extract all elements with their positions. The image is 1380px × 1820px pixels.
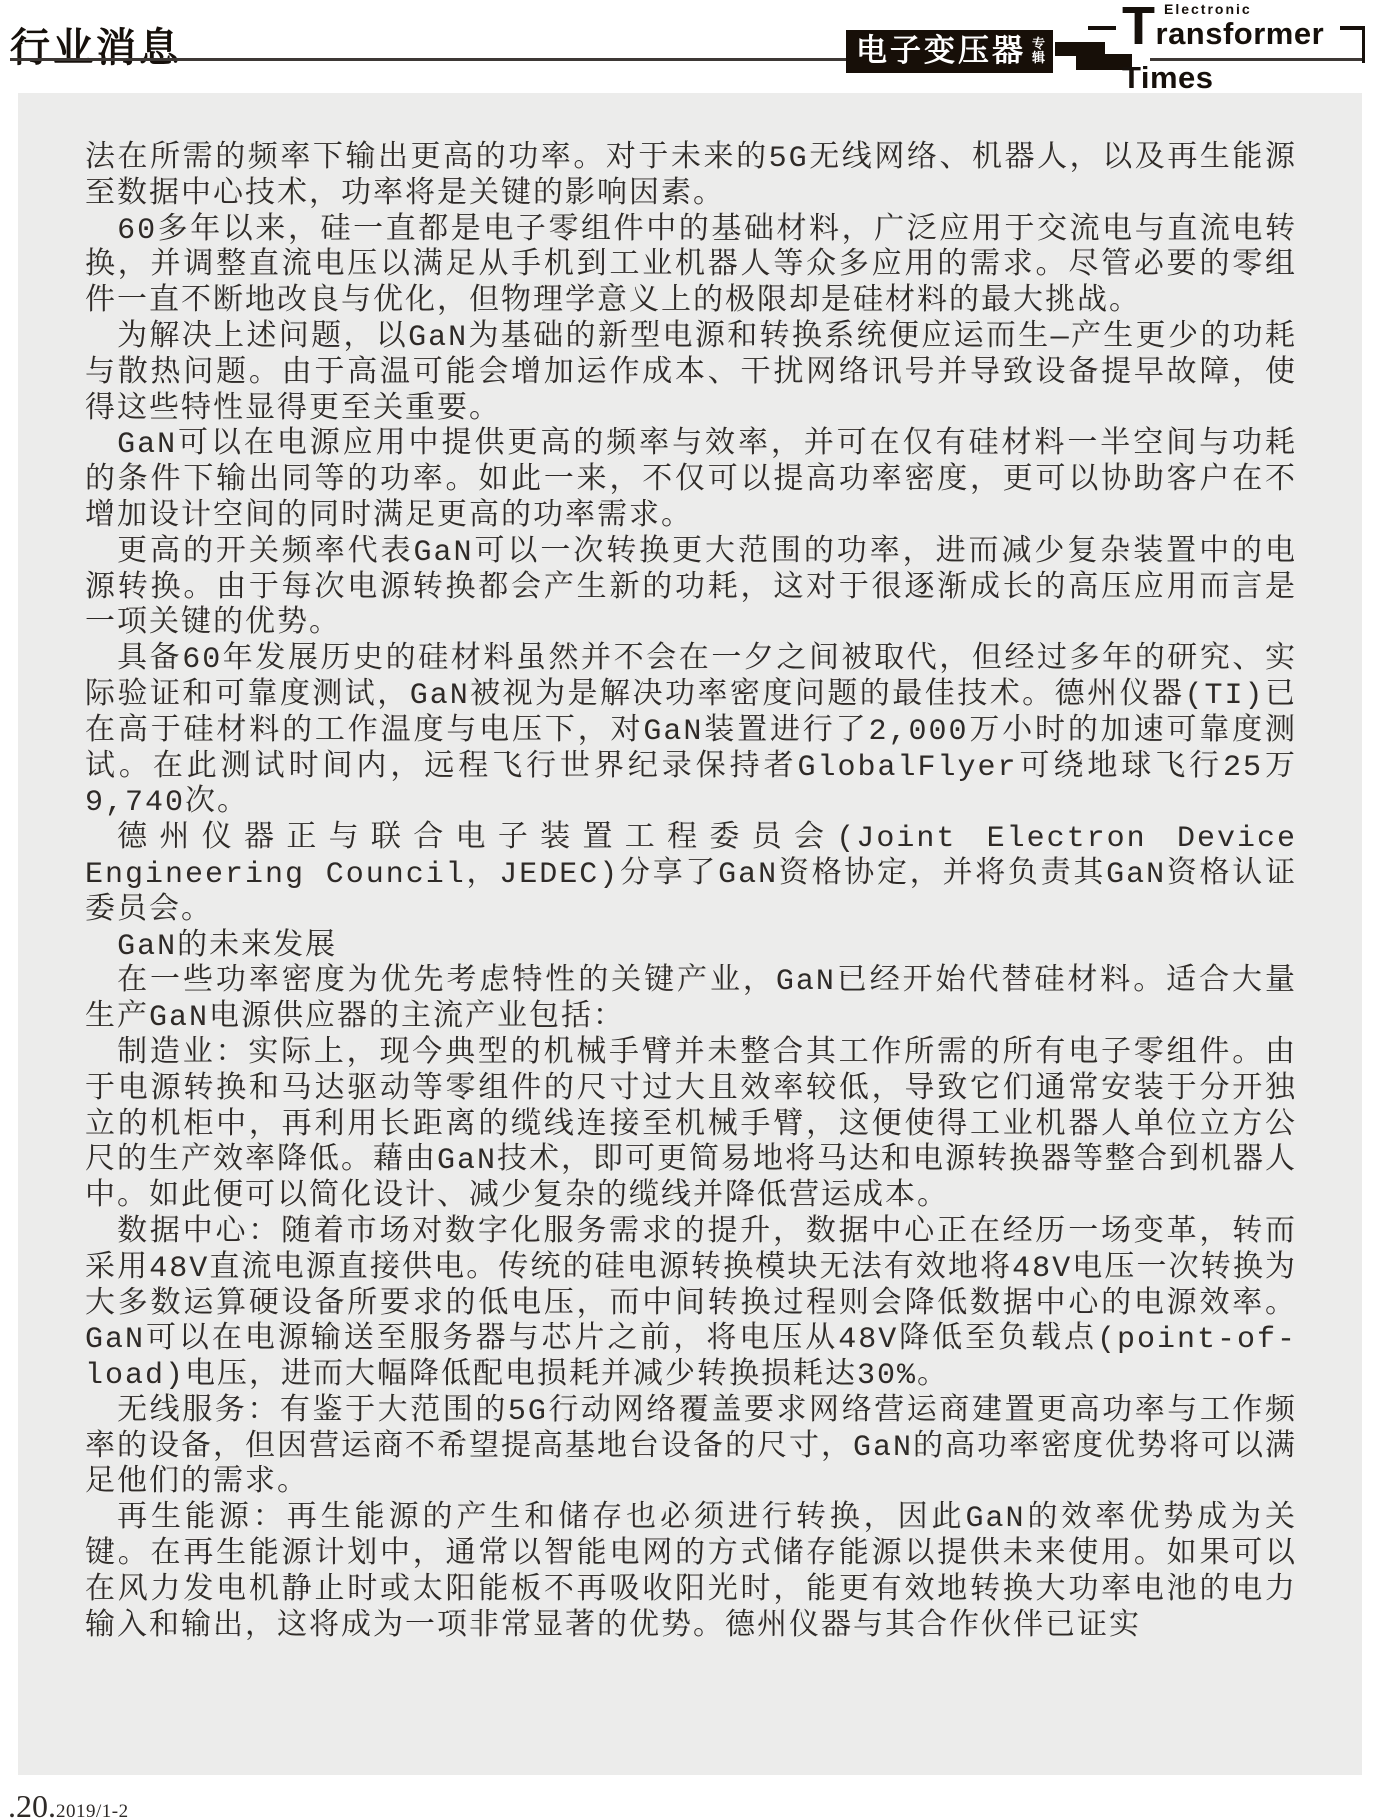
masthead-bracket (1340, 26, 1365, 63)
paragraph: 法在所需的频率下输出更高的功率。对于未来的5G无线网络、机器人，以及再生能源至数… (85, 142, 1297, 214)
paragraph: 60多年以来，硅一直都是电子零组件中的基础材料，广泛应用于交流电与直流电转换，并… (85, 214, 1297, 321)
paragraph: 制造业：实际上，现今典型的机械手臂并未整合其工作所需的所有电子零组件。由于电源转… (85, 1037, 1297, 1216)
paragraph: GaN的未来发展 (85, 930, 1297, 966)
paragraph: 无线服务：有鉴于大范围的5G行动网络覆盖要求网络营运商建置更高功率与工作频率的设… (85, 1395, 1297, 1502)
logo-title: 电子变压器 (846, 30, 1030, 73)
paragraph: 数据中心：随着市场对数字化服务需求的提升，数据中心正在经历一场变革，转而采用48… (85, 1216, 1297, 1395)
paragraph: 更高的开关频率代表GaN可以一次转换更大范围的功率，进而减少复杂装置中的电源转换… (85, 536, 1297, 643)
paragraph: GaN可以在电源应用中提供更高的频率与效率，并可在仅有硅材料一半空间与功耗的条件… (85, 428, 1297, 535)
issue-label: 2019/1-2 (56, 1801, 129, 1820)
paragraph: 具备60年发展历史的硅材料虽然并不会在一夕之间被取代，但经过多年的研究、实际验证… (85, 643, 1297, 822)
page-number: .20. (8, 1788, 56, 1820)
paragraph: 为解决上述问题，以GaN为基础的新型电源和转换系统便应运而生—产生更少的功耗与散… (85, 321, 1297, 428)
paragraph: 再生能源：再生能源的产生和储存也必须进行转换，因此GaN的效率优势成为关键。在再… (85, 1502, 1297, 1645)
paragraph: 在一些功率密度为优先考虑特性的关键产业，GaN已经开始代替硅材料。适合大量生产G… (85, 965, 1297, 1037)
masthead-dash (1088, 26, 1116, 30)
page-footer: .20.2019/1-2 (8, 1788, 129, 1820)
article-body: 法在所需的频率下输出更高的功率。对于未来的5G无线网络、机器人，以及再生能源至数… (85, 142, 1297, 1645)
section-title: 行业消息 (10, 16, 182, 73)
logo-badge: 专辑 (1030, 30, 1053, 73)
magazine-logo: 电子变压器 专辑 (846, 30, 1053, 73)
page: 行业消息 电子变压器 专辑 Electronic Transformer Tim… (0, 0, 1380, 1820)
content-panel: 法在所需的频率下输出更高的功率。对于未来的5G无线网络、机器人，以及再生能源至数… (18, 93, 1362, 1775)
paragraph: 德州仪器正与联合电子装置工程委员会(Joint Electron Device … (85, 822, 1297, 929)
header-rule-left (10, 58, 848, 61)
